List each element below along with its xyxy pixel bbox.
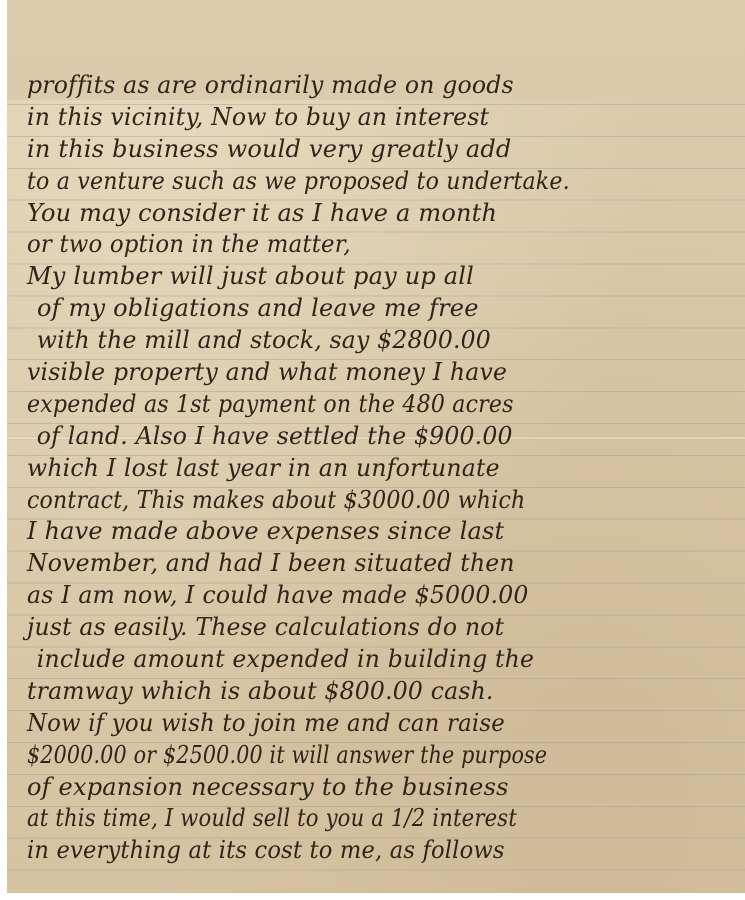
text-line: tramway which is about $800.00 cash. <box>27 676 728 708</box>
text-line: at this time, I would sell to you a 1/2 … <box>27 803 656 835</box>
letter-page: proffits as are ordinarily made on goods… <box>7 0 745 893</box>
text-line: with the mill and stock, say $2800.00 <box>27 325 728 357</box>
text-line: just as easily. These calculations do no… <box>27 612 728 644</box>
text-line: in this vicinity, Now to buy an interest <box>27 102 728 134</box>
text-line: of land. Also I have settled the $900.00 <box>27 421 728 453</box>
text-line: expended as 1st payment on the 480 acres <box>27 389 685 421</box>
text-line: visible property and what money I have <box>27 357 728 389</box>
text-line: I have made above expenses since last <box>27 516 742 548</box>
text-line: contract, This makes about $3000.00 whic… <box>27 485 685 517</box>
text-line: Now if you wish to join me and can raise <box>27 708 706 740</box>
text-line: include amount expended in building the <box>27 644 728 676</box>
text-line: or two option in the matter, <box>27 229 706 261</box>
text-line: as I am now, I could have made $5000.00 <box>27 580 728 612</box>
text-line: of my obligations and leave me free <box>27 293 742 325</box>
text-line: $2000.00 or $2500.00 it will answer the … <box>27 740 642 772</box>
text-line: You may consider it as I have a month <box>27 198 742 230</box>
text-line: in everything at its cost to me, as foll… <box>27 835 699 867</box>
text-line: to a venture such as we proposed to unde… <box>27 166 685 198</box>
text-line: proffits as are ordinarily made on goods <box>27 70 728 102</box>
text-line: of expansion necessary to the business <box>27 772 742 804</box>
text-line: My lumber will just about pay up all <box>27 261 742 293</box>
text-line: November, and had I been situated then <box>27 548 728 580</box>
text-line: in this business would very greatly add <box>27 134 742 166</box>
handwritten-text: proffits as are ordinarily made on goods… <box>27 70 742 867</box>
text-line: which I lost last year in an unfortunate <box>27 453 728 485</box>
